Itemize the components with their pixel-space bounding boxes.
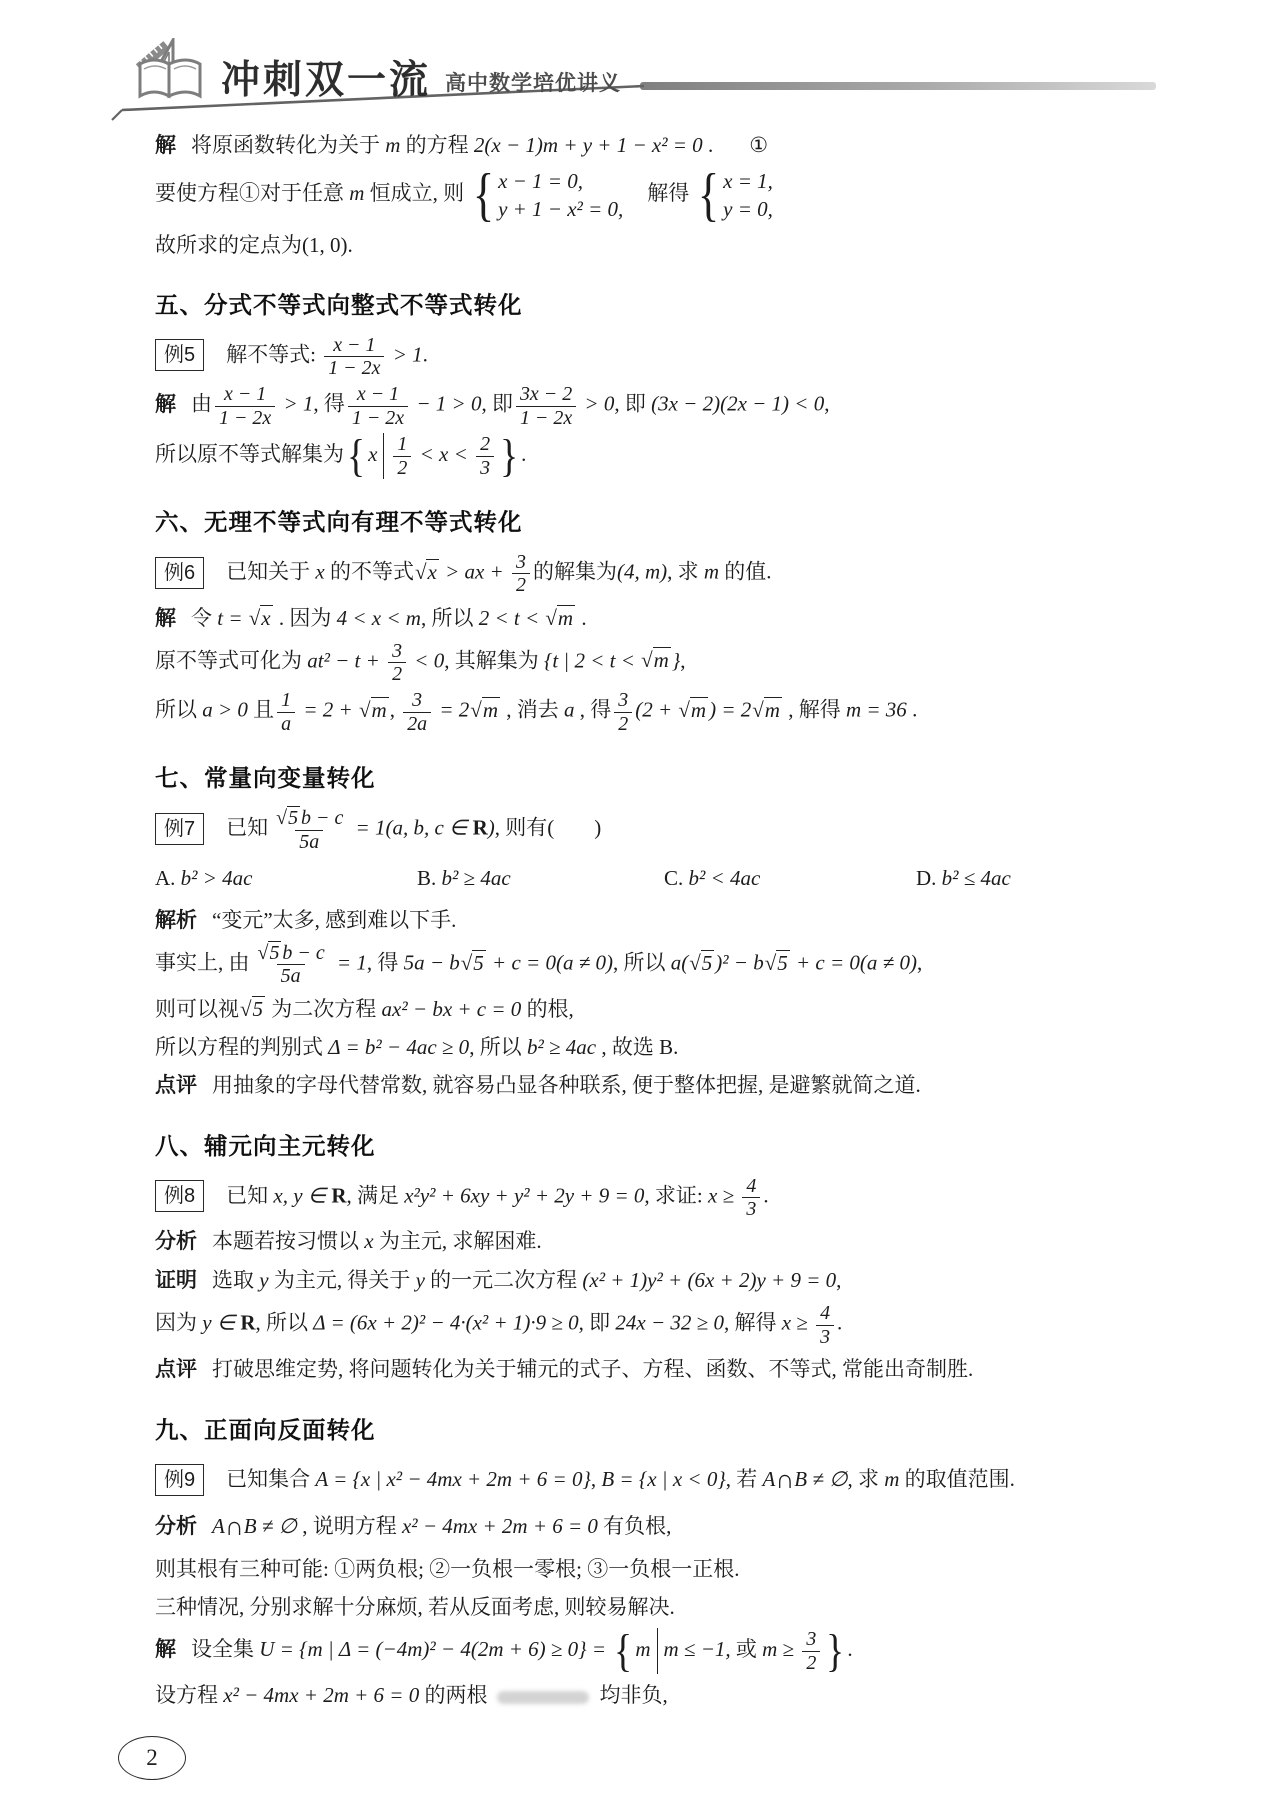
radical-sign: √ — [641, 648, 653, 672]
math-run: = 2 — [434, 698, 469, 722]
text-line: 因为 y ∈ R, 所以 Δ = (6x + 2)² − 4·(x² + 1)·… — [155, 1302, 1145, 1348]
erased-smudge — [497, 1691, 589, 1704]
text-run: 三种情况, 分别求解十分麻烦, 若从反面考虑, 则较易解决. — [155, 1595, 675, 1619]
math-run: b² ≥ 4ac — [522, 1035, 602, 1059]
text-run: 的方程 — [406, 133, 469, 157]
fraction: 32 — [512, 551, 530, 597]
fraction-numerator: 4 — [816, 1302, 834, 1324]
text-run: . — [576, 606, 587, 630]
bold-label: 点评 — [155, 1358, 197, 1381]
fraction: x − 11 − 2x — [348, 383, 408, 429]
text-run: 将原函数转化为关于 — [191, 133, 380, 157]
math-run: y — [254, 1268, 274, 1292]
radicand: 5 — [701, 950, 715, 975]
math-run: 2 — [806, 1652, 816, 1674]
math-run: 5 — [253, 997, 264, 1021]
fraction-denominator: 1 − 2x — [215, 406, 275, 429]
math-run: 2 — [397, 457, 407, 479]
math-run: B ≠ ∅ — [794, 1467, 847, 1491]
radicand: 5 — [252, 996, 266, 1021]
math-run: 5a — [281, 965, 301, 987]
math-run: 3x − 2 — [520, 383, 572, 405]
fraction-numerator: 3 — [408, 689, 426, 711]
fraction-numerator: 3 — [512, 551, 530, 573]
intersection-symbol: ∩ — [225, 1512, 244, 1541]
radicand: 5 — [287, 806, 300, 829]
text-line: 证明选取 y 为主元, 得关于 y 的一元二次方程 (x² + 1)y² + (… — [155, 1263, 1145, 1298]
fraction-denominator: 2 — [802, 1651, 820, 1674]
radical-sign: √ — [470, 698, 482, 722]
text-line: 所以原不等式解集为{x12 < x < 23}. — [155, 433, 1145, 479]
radical-sign: √ — [461, 951, 473, 975]
text-line: 事实上, 由√5b − c5a = 1, 得 5a − b√5 + c = 0(… — [155, 942, 1145, 988]
text-run: 选取 — [212, 1268, 254, 1292]
text-run: 的两根 — [424, 1683, 487, 1707]
text-run: , 所以 — [469, 1035, 522, 1059]
text-line: 设方程 x² − 4mx + 2m + 6 = 0 的两根均非负, — [155, 1678, 1145, 1712]
cases-system: {x − 1 = 0,y + 1 − x² = 0, — [470, 167, 623, 224]
fraction: √5b − c5a — [253, 942, 329, 988]
cases-row: y + 1 − x² = 0, — [498, 195, 623, 223]
text-line: 三种情况, 分别求解十分麻烦, 若从反面考虑, 则较易解决. — [155, 1590, 1145, 1624]
math-run: 5 — [473, 951, 484, 975]
fraction: 1a — [277, 689, 295, 735]
text-run: , — [390, 698, 401, 722]
text-line: 要使方程①对于任意 m 恒成立, 则{x − 1 = 0,y + 1 − x² … — [155, 167, 1145, 224]
math-run: (2 + — [635, 698, 677, 722]
text-run: 为主元, 求解困难. — [379, 1229, 542, 1253]
text-run: , — [680, 648, 685, 672]
big-left-brace: { — [347, 433, 365, 479]
text-run: 的一元二次方程 — [430, 1268, 577, 1292]
fraction-numerator: 4 — [742, 1175, 760, 1197]
math-run: 5 — [269, 942, 279, 964]
math-run: m — [558, 606, 573, 630]
math-run: 1 − 2x — [219, 407, 271, 429]
bold-label: 解 — [155, 393, 176, 416]
math-run: m ≤ −1, — [664, 1637, 736, 1661]
math-run: at² − t + — [302, 648, 385, 672]
big-right-brace: } — [500, 433, 518, 479]
math-run: 5 — [288, 807, 298, 829]
bold-label: 解 — [155, 1638, 176, 1661]
cases-rows: x − 1 = 0,y + 1 − x² = 0, — [498, 167, 623, 224]
math-run: ax² − bx + c = 0 — [376, 997, 526, 1021]
choice-item: A. b² > 4ac — [155, 861, 417, 895]
section-heading: 七、常量向变量转化 — [155, 759, 1145, 793]
text-line: 例6已知关于 x 的不等式√x > ax + 32的解集为(4, m), 求 m… — [155, 551, 1145, 597]
sqrt-radical: √m — [641, 648, 671, 672]
brand-subtitle: 高中数学培优讲义 — [445, 67, 621, 102]
math-run: t = — [212, 606, 248, 630]
text-run: , 解得 — [783, 698, 841, 722]
fraction: 3x − 21 − 2x — [516, 383, 576, 429]
text-line: 所以方程的判别式 Δ = b² − 4ac ≥ 0, 所以 b² ≥ 4ac ,… — [155, 1030, 1145, 1064]
math-run: x²y² + 6xy + y² + 2y + 9 = 0 — [399, 1183, 644, 1207]
fraction-denominator: a — [277, 712, 295, 735]
math-run: x — [261, 606, 270, 630]
radicand: 5 — [472, 950, 486, 975]
text-run: , 得 — [580, 698, 612, 722]
fraction: 32 — [614, 689, 632, 735]
math-run: x — [427, 560, 436, 584]
math-run: m — [879, 1467, 905, 1491]
text-run: , 说明方程 — [297, 1514, 397, 1538]
fraction: 32 — [388, 640, 406, 686]
text-run: 则可以视 — [155, 997, 239, 1021]
math-run: 2a — [407, 713, 427, 735]
text-run: “变元”太多, 感到难以下手. — [212, 908, 456, 932]
math-run: > 0 — [579, 392, 614, 416]
math-run: Δ = b² − 4ac ≥ 0 — [323, 1035, 469, 1059]
radical-sign: √ — [359, 698, 371, 722]
math-run: A — [757, 1467, 775, 1491]
math-run: < 0 — [409, 648, 444, 672]
math-run: } — [672, 648, 680, 672]
set-divider-bar — [383, 433, 384, 479]
text-run: , — [824, 392, 829, 416]
sqrt-radical: √x — [249, 606, 273, 630]
cases-brace: { — [698, 169, 720, 222]
text-line: 例7已知√5b − c5a = 1(a, b, c ∈ R), 则有() — [155, 807, 1145, 853]
text-run: , 解得 — [724, 1311, 777, 1335]
fraction-numerator: √5b − c — [271, 807, 347, 829]
fraction-denominator: 3 — [742, 1197, 760, 1220]
math-run: x = 1, — [723, 169, 773, 193]
radical-sign: √ — [415, 560, 427, 584]
cases-row: x − 1 = 0, — [498, 167, 623, 195]
math-run: )² − b — [715, 951, 763, 975]
math-run: 4 < x < m — [331, 606, 421, 630]
radicand: x — [260, 605, 272, 630]
text-run: , 得 — [313, 392, 345, 416]
math-run: (4, m) — [617, 560, 667, 584]
fraction-numerator: √5b − c — [253, 942, 329, 964]
math-run: + c = 0(a ≠ 0) — [791, 951, 917, 975]
text-run: 的值. — [724, 560, 771, 584]
text-run: 所以 — [155, 698, 197, 722]
set-divider-bar — [657, 1628, 658, 1674]
math-run: a > 0 — [197, 698, 253, 722]
math-run: 2(x − 1)m + y + 1 − x² = 0 — [469, 133, 703, 157]
math-run: y — [410, 1268, 430, 1292]
math-run: 1 − 2x — [328, 357, 380, 379]
fraction-numerator: 3 — [802, 1628, 820, 1650]
text-run: 由 — [191, 392, 212, 416]
text-run: . — [912, 698, 917, 722]
fraction-numerator: x − 1 — [353, 383, 403, 405]
math-run: a( — [665, 951, 688, 975]
text-run: 有负根, — [603, 1514, 671, 1538]
math-run: {t | 2 < t < — [539, 648, 640, 672]
choice-math: b² ≥ 4ac — [442, 866, 511, 890]
example-badge: 例7 — [155, 813, 204, 845]
math-run: x² − 4mx + 2m + 6 = 0 — [218, 1683, 424, 1707]
bold-set-symbol: R — [473, 816, 488, 840]
cases-row: y = 0, — [723, 195, 773, 223]
text-run: ① — [749, 133, 768, 157]
math-run: x, y ∈ — [268, 1183, 331, 1207]
bold-label: 证明 — [155, 1269, 197, 1292]
math-run: x − 1 — [333, 334, 375, 356]
fraction-numerator: 2 — [476, 433, 494, 455]
math-run: A — [212, 1514, 225, 1538]
text-run: , 所以 — [613, 951, 666, 975]
cases-brace: { — [473, 169, 495, 222]
cases-system: {x = 1,y = 0, — [695, 167, 773, 224]
text-run: 均非负, — [599, 1683, 667, 1707]
fraction-denominator: 2 — [614, 712, 632, 735]
fraction: 32 — [802, 1628, 820, 1674]
text-run: 恒成立, 则 — [370, 181, 465, 205]
text-run: , 所以 — [256, 1311, 309, 1335]
text-line: 解由x − 11 − 2x > 1, 得x − 11 − 2x − 1 > 0,… — [155, 383, 1145, 429]
math-run: 3 — [806, 1628, 816, 1650]
math-run: x ≥ — [708, 1183, 739, 1207]
math-run: 5a — [299, 831, 319, 853]
math-run: b − c — [301, 807, 343, 829]
choice-label: A. — [155, 866, 181, 890]
bold-label: 解 — [155, 607, 176, 630]
choice-row: A. b² > 4acB. b² ≥ 4acC. b² < 4acD. b² ≤… — [155, 861, 1145, 895]
text-run: 故所求的定点为(1, 0). — [155, 233, 353, 257]
radical-sign: √ — [765, 951, 777, 975]
fraction: 12 — [393, 433, 411, 479]
text-line: 原不等式可化为 at² − t + 32 < 0, 其解集为 {t | 2 < … — [155, 640, 1145, 686]
text-run: , 故选 B. — [601, 1035, 678, 1059]
text-run: 的根, — [527, 997, 574, 1021]
section-heading: 六、无理不等式向有理不等式转化 — [155, 503, 1145, 537]
sqrt-radical: √5 — [258, 942, 282, 964]
text-run: 原不等式可化为 — [155, 648, 302, 672]
math-run: x − 1 = 0, — [498, 169, 583, 193]
header: 冲刺双一流 高中数学培优讲义 — [133, 38, 621, 102]
math-run: 1 − 2x — [520, 407, 572, 429]
brand-title: 冲刺双一流 — [221, 61, 431, 102]
text-run: 已知 — [226, 816, 268, 840]
radicand: m — [653, 647, 671, 672]
text-run: , — [591, 1467, 602, 1491]
fraction-denominator: 1 − 2x — [348, 406, 408, 429]
text-run: 打破思维定势, 将问题转化为关于辅元的式子、方程、函数、不等式, 常能出奇制胜. — [212, 1357, 973, 1381]
text-run: , — [917, 951, 922, 975]
page-number: 2 — [146, 1745, 158, 1771]
math-run: x² − 4mx + 2m + 6 = 0 — [397, 1514, 603, 1538]
text-run: 的取值范围. — [905, 1467, 1015, 1491]
bold-set-symbol: R — [331, 1183, 346, 1207]
math-run: ) — [488, 816, 495, 840]
text-line: 解设全集 U = {m | Δ = (−4m)² − 4(2m + 6) ≥ 0… — [155, 1628, 1145, 1674]
text-run: 已知关于 — [226, 560, 310, 584]
text-run: 且 — [253, 698, 274, 722]
fraction-denominator: 3 — [816, 1325, 834, 1348]
fraction-numerator: x − 1 — [329, 334, 379, 356]
radical-sign: √ — [249, 606, 261, 630]
text-run: 已知集合 — [226, 1467, 310, 1491]
fraction-denominator: 2 — [393, 456, 411, 479]
fraction-numerator: 3x − 2 — [516, 383, 576, 405]
text-run: , — [836, 1268, 841, 1292]
text-line: 分析本题若按习惯以 x 为主元, 求解困难. — [155, 1224, 1145, 1259]
math-run: x — [368, 442, 377, 466]
text-run: ) — [594, 816, 601, 840]
math-run: y + 1 − x² = 0, — [498, 197, 623, 221]
math-run: 5a − b — [398, 951, 459, 975]
text-run: 已知 — [226, 1183, 268, 1207]
radical-sign: √ — [240, 997, 252, 1021]
bold-label: 分析 — [155, 1230, 197, 1253]
sqrt-radical: √m — [545, 606, 575, 630]
math-run: 2 — [618, 713, 628, 735]
text-run: , 得 — [367, 951, 399, 975]
radicand: m — [690, 697, 708, 722]
math-run: m — [699, 560, 725, 584]
text-run: 为二次方程 — [266, 997, 376, 1021]
text-run: 为主元, 得关于 — [274, 1268, 411, 1292]
math-run: B ≠ ∅ — [244, 1514, 297, 1538]
page-number-badge: 2 — [118, 1736, 186, 1780]
math-run: > 1 — [278, 392, 313, 416]
math-run: > ax + — [440, 560, 509, 584]
math-run: 2 < t < — [473, 606, 544, 630]
text-run: 所以方程的判别式 — [155, 1035, 323, 1059]
text-run: , 即 — [614, 392, 646, 416]
text-line: 例8已知 x, y ∈ R, 满足 x²y² + 6xy + y² + 2y +… — [155, 1175, 1145, 1221]
text-run: 设方程 — [155, 1683, 218, 1707]
fraction-denominator: 2a — [403, 712, 431, 735]
content: 解将原函数转化为关于 m 的方程 2(x − 1)m + y + 1 − x² … — [155, 124, 1145, 1716]
text-run: 设全集 — [191, 1637, 254, 1661]
text-run: , 即 — [481, 392, 513, 416]
math-run: m — [765, 698, 780, 722]
example-badge: 例5 — [155, 339, 204, 371]
math-run: x − 1 — [357, 383, 399, 405]
text-run: , 求 — [667, 560, 699, 584]
bold-set-symbol: R — [240, 1311, 255, 1335]
radicand: m — [482, 697, 500, 722]
choice-math: b² > 4ac — [181, 866, 253, 890]
example-badge: 例8 — [155, 1180, 204, 1212]
math-run: b − c — [282, 942, 324, 964]
text-line: 例9已知集合 A = {x | x² − 4mx + 2m + 6 = 0}, … — [155, 1459, 1145, 1502]
text-run: 本题若按习惯以 — [212, 1229, 359, 1253]
math-run: m — [483, 698, 498, 722]
math-run: x — [310, 560, 330, 584]
fraction: x − 11 − 2x — [215, 383, 275, 429]
text-run: 解得 — [647, 181, 689, 205]
sqrt-radical: √x — [415, 560, 439, 584]
text-run: 的解集为 — [533, 560, 617, 584]
text-run: 的不等式 — [330, 560, 414, 584]
math-run: 2 — [392, 663, 402, 685]
math-run: m = 36 — [841, 698, 912, 722]
text-line: 则其根有三种可能: ①两负根; ②一负根一零根; ③一负根一正根. — [155, 1552, 1145, 1586]
radical-sign: √ — [678, 698, 690, 722]
radicand: 5 — [268, 941, 281, 964]
example-badge: 例6 — [155, 557, 204, 589]
text-line: 点评用抽象的字母代替常数, 就容易凸显各种联系, 便于整体把握, 是避繁就简之道… — [155, 1068, 1145, 1103]
math-run: (x² + 1)y² + (6x + 2)y + 9 = 0 — [577, 1268, 836, 1292]
choice-item: D. b² ≤ 4ac — [916, 861, 1145, 895]
math-run: 3 — [618, 689, 628, 711]
math-run: 4 — [820, 1302, 830, 1324]
text-run: , 求证: — [644, 1183, 708, 1207]
text-line: 解将原函数转化为关于 m 的方程 2(x − 1)m + y + 1 − x² … — [155, 128, 1145, 163]
text-run: 解不等式: — [226, 342, 321, 366]
math-run: = 1(a, b, c ∈ — [350, 816, 472, 840]
math-run: 1 — [397, 433, 407, 455]
text-run: 令 — [191, 606, 212, 630]
math-run: > 1 — [387, 342, 422, 366]
text-run: . — [423, 342, 428, 366]
math-run: 3 — [392, 640, 402, 662]
math-run: 5 — [777, 951, 788, 975]
text-run: , 消去 — [501, 698, 559, 722]
example-badge: 例9 — [155, 1464, 204, 1496]
math-run: − 1 > 0 — [411, 392, 481, 416]
text-line: 则可以视√5 为二次方程 ax² − bx + c = 0 的根, — [155, 992, 1145, 1026]
bold-label: 解析 — [155, 909, 197, 932]
math-run: m ≥ — [757, 1637, 799, 1661]
math-run: 2 — [516, 574, 526, 596]
text-line: 所以 a > 0 且1a = 2 + √m, 32a = 2√m , 消去 a … — [155, 689, 1145, 735]
radical-sign: √ — [545, 606, 557, 630]
math-run: 3 — [412, 689, 422, 711]
math-run: < x < — [414, 442, 473, 466]
sqrt-radical: √5 — [276, 807, 300, 829]
text-run: . 因为 — [274, 606, 332, 630]
section-heading: 八、辅元向主元转化 — [155, 1127, 1145, 1161]
fraction-denominator: 5a — [277, 964, 305, 987]
math-run: x — [359, 1229, 379, 1253]
fraction: 43 — [742, 1175, 760, 1221]
math-run: A = {x | x² − 4mx + 2m + 6 = 0} — [310, 1467, 591, 1491]
choice-item: B. b² ≥ 4ac — [417, 861, 664, 895]
sqrt-radical: √m — [678, 698, 708, 722]
math-run: a — [281, 713, 291, 735]
math-run: Δ = (6x + 2)² − 4·(x² + 1)·9 ≥ 0 — [308, 1311, 579, 1335]
text-line: 故所求的定点为(1, 0). — [155, 228, 1145, 262]
radical-sign: √ — [276, 807, 287, 829]
math-run: 24x − 32 ≥ 0 — [610, 1311, 724, 1335]
math-run: m — [635, 1637, 650, 1661]
radical-sign: √ — [689, 951, 701, 975]
text-run: 要使方程①对于任意 — [155, 181, 344, 205]
math-run: m — [380, 133, 406, 157]
text-line: 解令 t = √x . 因为 4 < x < m, 所以 2 < t < √m … — [155, 601, 1145, 636]
choice-math: b² ≤ 4ac — [942, 866, 1011, 890]
choice-label: D. — [916, 866, 942, 890]
text-run: 事实上, 由 — [155, 951, 250, 975]
text-run: , 则有( — [495, 816, 555, 840]
math-run: + c = 0(a ≠ 0) — [487, 951, 613, 975]
page: 冲刺双一流 高中数学培优讲义 解将原函数转化为关于 m 的方程 2(x − 1)… — [0, 0, 1280, 1810]
radicand: m — [557, 605, 575, 630]
sqrt-radical: √5 — [689, 951, 714, 975]
math-run: B = {x | x < 0} — [601, 1467, 725, 1491]
big-right-brace: } — [826, 1628, 844, 1674]
text-run: . — [703, 133, 714, 157]
math-run: U = {m | Δ = (−4m)² − 4(2m + 6) ≥ 0} = — [254, 1637, 611, 1661]
math-run: y = 0, — [723, 197, 773, 221]
sqrt-radical: √m — [359, 698, 389, 722]
text-line: 点评打破思维定势, 将问题转化为关于辅元的式子、方程、函数、不等式, 常能出奇制… — [155, 1352, 1145, 1387]
math-run: = 1 — [332, 951, 367, 975]
math-run: 3 — [516, 551, 526, 573]
text-run: 用抽象的字母代替常数, 就容易凸显各种联系, 便于整体把握, 是避繁就简之道. — [212, 1073, 921, 1097]
text-run: , 所以 — [421, 606, 474, 630]
text-run: , 即 — [579, 1311, 611, 1335]
